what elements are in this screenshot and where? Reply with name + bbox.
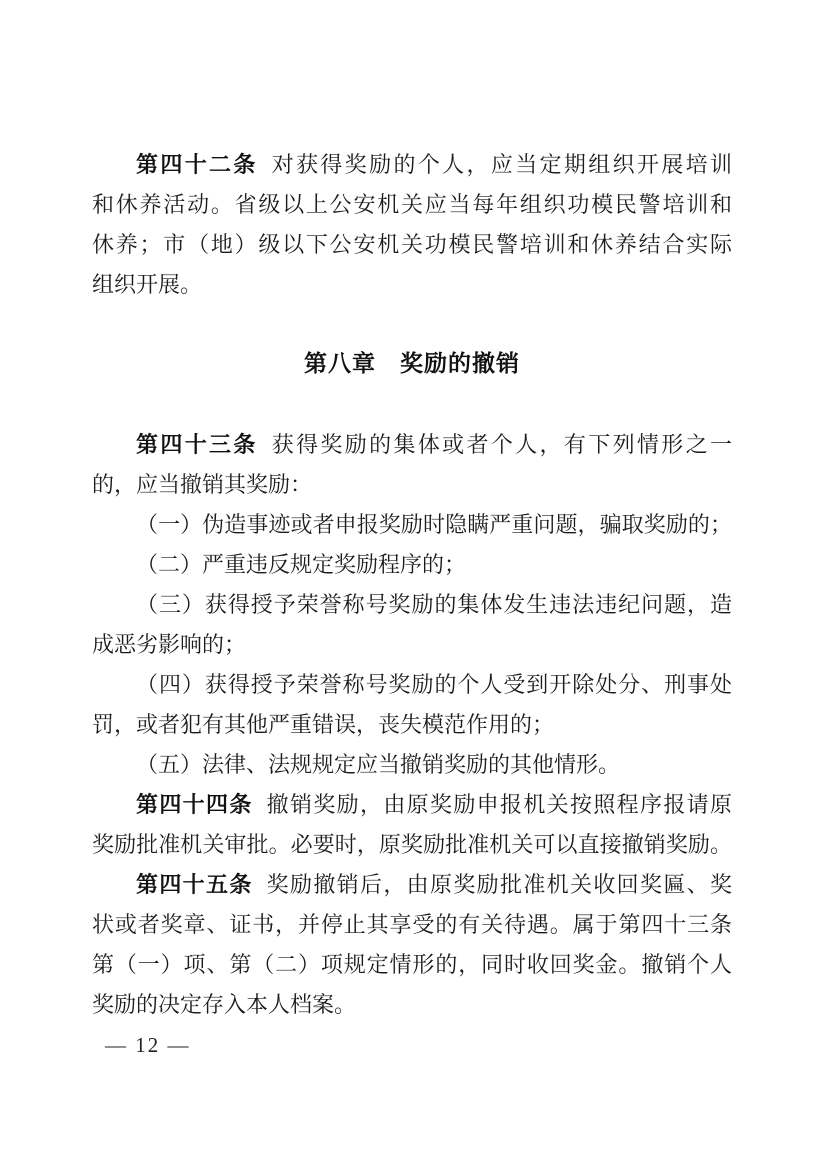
text-line: 组织开展。	[92, 265, 732, 305]
article-43-item-1: （一）伪造事迹或者申报奖励时隐瞒严重问题，骗取奖励的；	[92, 505, 732, 545]
article-43-item-2: （二）严重违反规定奖励程序的；	[92, 545, 732, 585]
text-line: 休养；市（地）级以下公安机关功模民警培训和休养结合实际	[92, 225, 732, 265]
article-43-item-5: （五）法律、法规规定应当撤销奖励的其他情形。	[92, 745, 732, 785]
document-page: 第四十二条对获得奖励的个人，应当定期组织开展培训和休养活动。省级以上公安机关应当…	[0, 0, 826, 1169]
text-line: 第四十二条对获得奖励的个人，应当定期组织开展培训	[92, 145, 732, 185]
article-43: 第四十三条获得奖励的集体或者个人，有下列情形之一的，应当撤销其奖励：	[92, 425, 732, 505]
text-line: （一）伪造事迹或者申报奖励时隐瞒严重问题，骗取奖励的；	[92, 505, 732, 545]
chapter-8-heading: 第八章 奖励的撤销	[92, 343, 732, 383]
text-line: 和休养活动。省级以上公安机关应当每年组织功模民警培训和	[92, 185, 732, 225]
text-line: （三）获得授予荣誉称号奖励的集体发生违法违纪问题，造	[92, 585, 732, 625]
article-number: 第四十四条	[136, 792, 253, 817]
article-number: 第四十五条	[136, 872, 253, 897]
text-line: 第（一）项、第（二）项规定情形的，同时收回奖金。撤销个人	[92, 945, 732, 985]
page-number: — 12 —	[105, 1033, 191, 1057]
text-line: 第四十四条撤销奖励，由原奖励申报机关按照程序报请原	[92, 785, 732, 825]
text-line: （二）严重违反规定奖励程序的；	[92, 545, 732, 585]
document-body: 第四十二条对获得奖励的个人，应当定期组织开展培训和休养活动。省级以上公安机关应当…	[92, 145, 732, 1025]
article-number: 第四十三条	[136, 432, 258, 457]
text-line: 第四十三条获得奖励的集体或者个人，有下列情形之一	[92, 425, 732, 465]
article-44: 第四十四条撤销奖励，由原奖励申报机关按照程序报请原奖励批准机关审批。必要时，原奖…	[92, 785, 732, 865]
text-line: （五）法律、法规规定应当撤销奖励的其他情形。	[92, 745, 732, 785]
article-43-item-3: （三）获得授予荣誉称号奖励的集体发生违法违纪问题，造成恶劣影响的；	[92, 585, 732, 665]
text-line: 奖励的决定存入本人档案。	[92, 985, 732, 1025]
text-line: 奖励批准机关审批。必要时，原奖励批准机关可以直接撤销奖励。	[92, 825, 732, 865]
article-43-item-4: （四）获得授予荣誉称号奖励的个人受到开除处分、刑事处罚，或者犯有其他严重错误，丧…	[92, 665, 732, 745]
text-line: 第四十五条奖励撤销后，由原奖励批准机关收回奖匾、奖	[92, 865, 732, 905]
text-line: （四）获得授予荣誉称号奖励的个人受到开除处分、刑事处	[92, 665, 732, 705]
text-line: 成恶劣影响的；	[92, 625, 732, 665]
article-number: 第四十二条	[136, 152, 258, 177]
text-line: 罚，或者犯有其他严重错误，丧失模范作用的；	[92, 705, 732, 745]
text-line: 的，应当撤销其奖励：	[92, 465, 732, 505]
text-line: 状或者奖章、证书，并停止其享受的有关待遇。属于第四十三条	[92, 905, 732, 945]
page-footer: — 12 —	[105, 1031, 191, 1059]
article-42: 第四十二条对获得奖励的个人，应当定期组织开展培训和休养活动。省级以上公安机关应当…	[92, 145, 732, 305]
article-45: 第四十五条奖励撤销后，由原奖励批准机关收回奖匾、奖状或者奖章、证书，并停止其享受…	[92, 865, 732, 1025]
